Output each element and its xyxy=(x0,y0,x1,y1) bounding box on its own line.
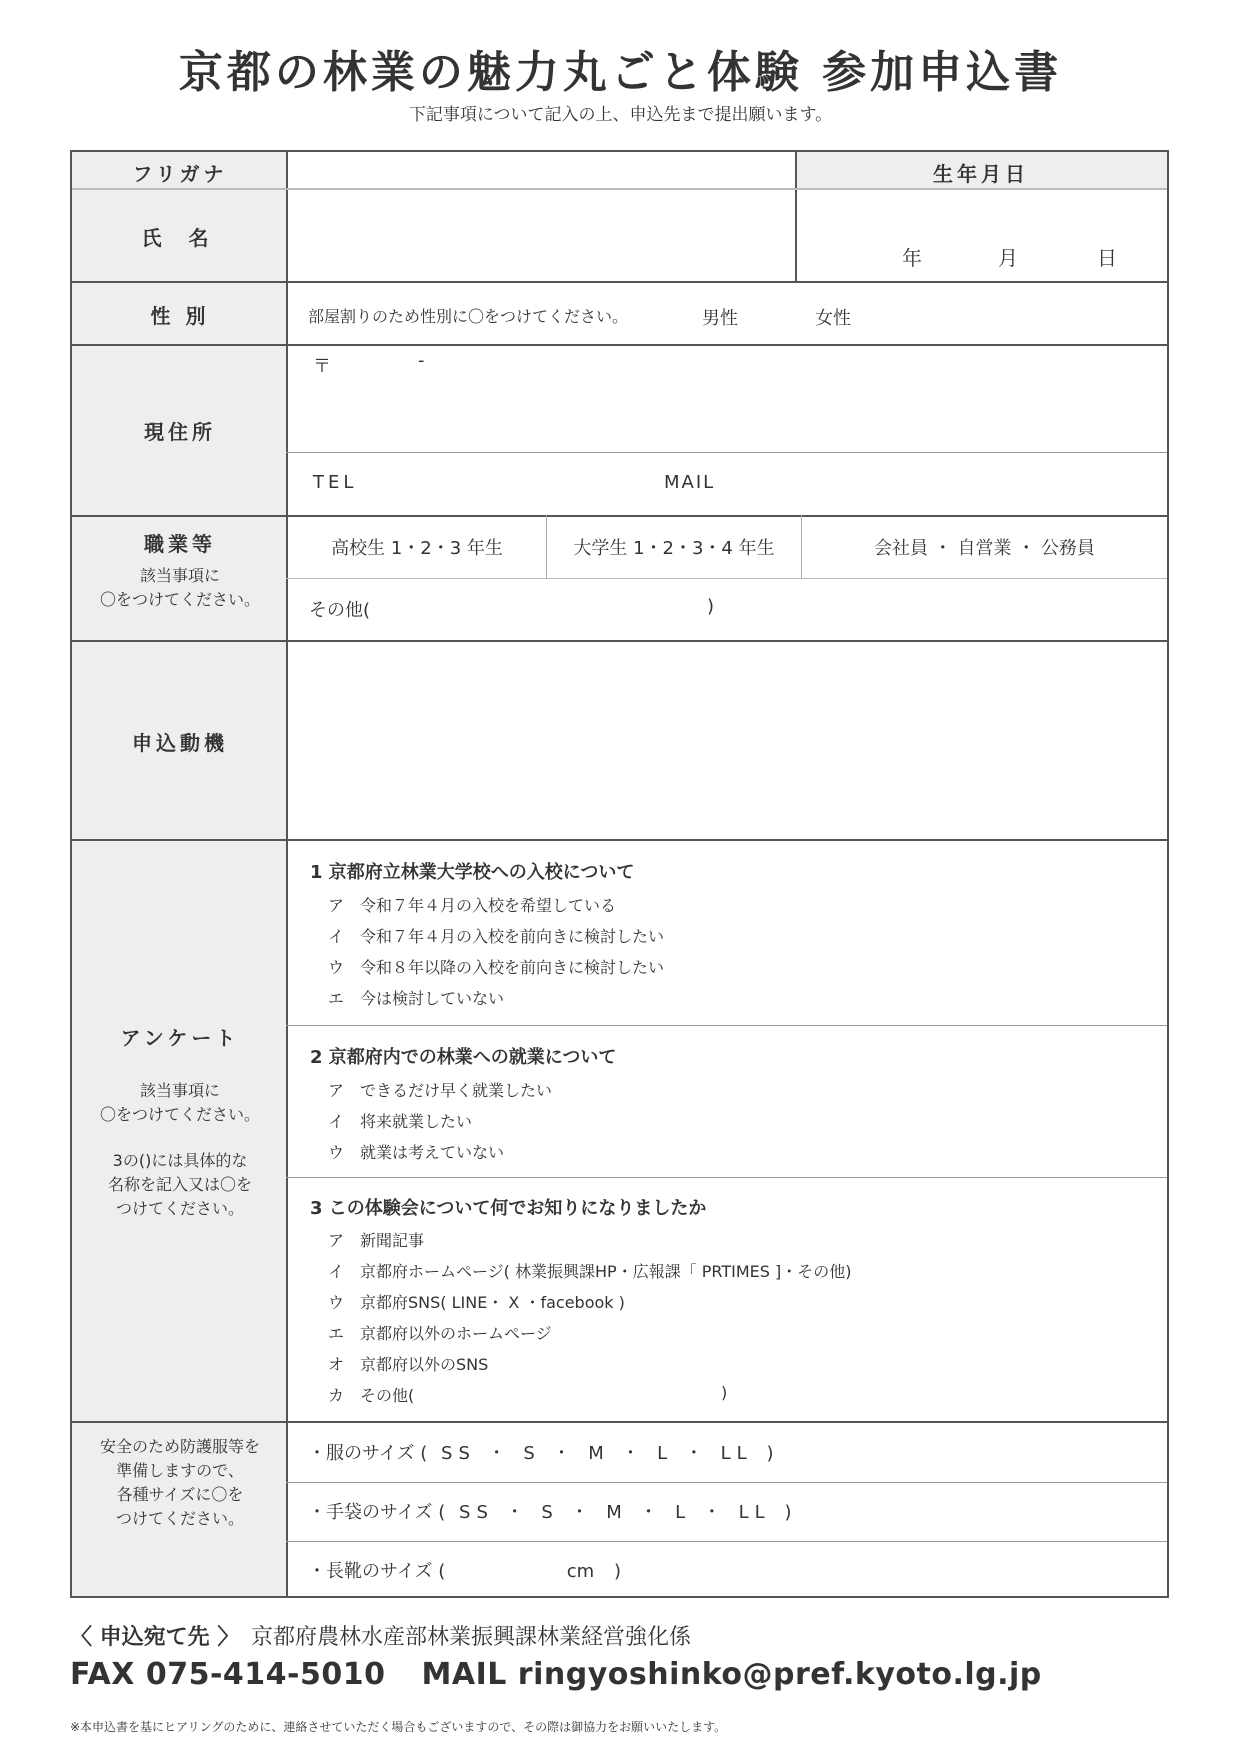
birthday-label: 生年月日 xyxy=(795,158,1167,187)
survey-note: 該当事項に 〇をつけてください。 3の()には具体的な 名称を記入又は〇を つけ… xyxy=(72,1079,288,1221)
survey-q2-option[interactable]: イ将来就業したい xyxy=(328,1109,472,1132)
clothing-size-options[interactable]: SS ・ S ・ M ・ L ・ LL xyxy=(441,1443,753,1464)
mail-input[interactable] xyxy=(732,454,1167,515)
birthday-year-label: 年 xyxy=(902,242,922,271)
furigana-label: フリガナ xyxy=(72,158,288,187)
survey-q1-option[interactable]: ウ令和８年以降の入校を前向きに検討したい xyxy=(328,955,664,978)
row-divider xyxy=(72,839,1167,841)
option-text: 就業は考えていない xyxy=(360,1143,504,1162)
option-key: ウ xyxy=(328,1140,360,1163)
tel-input[interactable] xyxy=(362,454,692,515)
survey-q3-option[interactable]: ア新聞記事 xyxy=(328,1228,424,1251)
survey-note-line: 3の()には具体的な xyxy=(72,1149,288,1173)
survey-divider xyxy=(286,1177,1167,1178)
occupation-other-label: その他( xyxy=(309,596,370,622)
survey-label: アンケート xyxy=(72,1022,288,1051)
tel-label: TEL xyxy=(313,472,357,493)
clothing-size-label: ・服のサイズ ( xyxy=(308,1443,427,1464)
option-text: 京都府以外のSNS xyxy=(360,1355,488,1374)
survey-q2-title: 2 京都府内での林業への就業について xyxy=(310,1043,616,1069)
option-key: イ xyxy=(328,1259,360,1282)
gender-instruction: 部屋割りのため性別に〇をつけてください。 xyxy=(308,304,628,327)
option-key: ア xyxy=(328,1228,360,1251)
survey-q2-option[interactable]: ウ就業は考えていない xyxy=(328,1140,504,1163)
option-key: ア xyxy=(328,893,360,916)
mail-label: MAIL xyxy=(664,472,715,493)
glove-size-row[interactable]: ・手袋のサイズ ( SS ・ S ・ M ・ L ・ LL ) xyxy=(308,1498,791,1524)
option-key: イ xyxy=(328,924,360,947)
survey-q2-option[interactable]: アできるだけ早く就業したい xyxy=(328,1078,552,1101)
survey-q1-option[interactable]: ア令和７年４月の入校を希望している xyxy=(328,893,616,916)
row-divider xyxy=(72,281,1167,283)
option-key: ウ xyxy=(328,955,360,978)
postal-dash: - xyxy=(418,350,425,371)
boots-size-label: ・長靴のサイズ ( xyxy=(308,1561,445,1582)
occupation-option-high-school[interactable]: 高校生 1・2・3 年生 xyxy=(288,534,546,560)
survey-q1-title: 1 京都府立林業大学校への入校について xyxy=(310,858,634,884)
label-column xyxy=(72,152,286,1596)
contact-email[interactable]: MAIL ringyoshinko@pref.kyoto.lg.jp xyxy=(422,1657,1042,1692)
occupation-label: 職業等 xyxy=(72,528,288,557)
option-text: できるだけ早く就業したい xyxy=(360,1081,552,1100)
occupation-divider xyxy=(286,578,1167,579)
sizes-divider xyxy=(286,1541,1167,1542)
option-text: 京都府SNS( LINE・ X ・facebook ) xyxy=(360,1293,625,1312)
option-key: エ xyxy=(328,986,360,1009)
sizes-note-line: 準備しますので、 xyxy=(72,1459,288,1483)
row-divider xyxy=(72,515,1167,517)
survey-q3-title: 3 この体験会について何でお知りになりましたか xyxy=(310,1194,706,1220)
option-key: イ xyxy=(328,1109,360,1132)
sizes-note-line: 安全のため防護服等を xyxy=(72,1435,288,1459)
address-tel-divider xyxy=(286,452,1167,453)
occupation-option-worker[interactable]: 会社員 ・ 自営業 ・ 公務員 xyxy=(802,534,1167,560)
occupation-option-university[interactable]: 大学生 1・2・3・4 年生 xyxy=(547,534,801,560)
fax-number: FAX 075-414-5010 xyxy=(70,1657,386,1692)
recipient-label: 〈 申込宛て先 〉 xyxy=(70,1625,239,1650)
option-text: 令和８年以降の入校を前向きに検討したい xyxy=(360,958,664,977)
gender-option-male[interactable]: 男性 xyxy=(702,304,738,330)
recipient-name: 京都府農林水産部林業振興課林業経営強化係 xyxy=(251,1625,691,1650)
glove-size-close: ) xyxy=(784,1502,791,1523)
application-form: フリガナ 生年月日 氏 名 年 月 日 性 別 部屋割りのため性別に〇をつけてく… xyxy=(70,150,1169,1598)
clothing-size-close: ) xyxy=(766,1443,773,1464)
option-text: 今は検討していない xyxy=(360,989,504,1008)
survey-q3-option[interactable]: ウ京都府SNS( LINE・ X ・facebook ) xyxy=(328,1290,625,1313)
survey-note-line: つけてください。 xyxy=(72,1197,288,1221)
sizes-note: 安全のため防護服等を 準備しますので、 各種サイズに〇を つけてください。 xyxy=(72,1435,288,1531)
page-subtitle: 下記事項について記入の上、申込先まで提出願います。 xyxy=(0,100,1241,125)
option-key: カ xyxy=(328,1383,360,1406)
gender-label: 性 別 xyxy=(72,300,288,329)
option-key: オ xyxy=(328,1352,360,1375)
occupation-other-input[interactable] xyxy=(392,580,772,638)
survey-q3-other-input[interactable] xyxy=(432,1378,702,1408)
boots-size-unit: cm xyxy=(567,1561,594,1582)
occupation-note-line: 〇をつけてください。 xyxy=(72,588,288,612)
option-text: 京都府ホームページ( 林業振興課HP・広報課「 PRTIMES ]・その他) xyxy=(360,1262,852,1281)
survey-q3-option[interactable]: イ京都府ホームページ( 林業振興課HP・広報課「 PRTIMES ]・その他) xyxy=(328,1259,852,1282)
option-key: ウ xyxy=(328,1290,360,1313)
occupation-note-line: 該当事項に xyxy=(72,564,288,588)
row-divider xyxy=(72,1421,1167,1423)
option-text: 令和７年４月の入校を希望している xyxy=(360,896,616,915)
option-text: 新聞記事 xyxy=(360,1231,424,1250)
survey-q1-option[interactable]: エ今は検討していない xyxy=(328,986,504,1009)
postal-mark: 〒 xyxy=(313,352,331,378)
motivation-input[interactable] xyxy=(288,642,1167,839)
birthday-month-label: 月 xyxy=(998,242,1018,271)
option-key: ア xyxy=(328,1078,360,1101)
survey-q1-option[interactable]: イ令和７年４月の入校を前向きに検討したい xyxy=(328,924,664,947)
occupation-other-close: ) xyxy=(707,596,714,617)
option-text: 将来就業したい xyxy=(360,1112,472,1131)
clothing-size-row[interactable]: ・服のサイズ ( SS ・ S ・ M ・ L ・ LL ) xyxy=(308,1439,773,1465)
contact-line: FAX 075-414-5010MAIL ringyoshinko@pref.k… xyxy=(70,1657,1042,1692)
sizes-note-line: 各種サイズに〇を xyxy=(72,1483,288,1507)
survey-note-line: 名称を記入又は〇を xyxy=(72,1173,288,1197)
page-title: 京都の林業の魅力丸ごと体験 参加申込書 xyxy=(0,36,1241,100)
recipient-line: 〈 申込宛て先 〉 京都府農林水産部林業振興課林業経営強化係 xyxy=(70,1620,691,1651)
gender-option-female[interactable]: 女性 xyxy=(815,304,851,330)
footer-note: ※本申込書を基にヒアリングのために、連絡させていただく場合もございますので、その… xyxy=(70,1718,726,1735)
address-label: 現住所 xyxy=(72,416,288,445)
motivation-label: 申込動機 xyxy=(72,727,288,756)
survey-note-line: 〇をつけてください。 xyxy=(72,1103,288,1127)
option-text: 京都府以外のホームページ xyxy=(360,1324,552,1343)
name-input[interactable] xyxy=(288,190,793,281)
boots-size-row[interactable]: ・長靴のサイズ ( cm ) xyxy=(308,1557,621,1583)
survey-q3-option[interactable]: オ京都府以外のSNS xyxy=(328,1352,488,1375)
occupation-note: 該当事項に 〇をつけてください。 xyxy=(72,564,288,612)
survey-q3-option-other[interactable]: カその他( xyxy=(328,1383,414,1406)
sizes-note-line: つけてください。 xyxy=(72,1507,288,1531)
boots-size-close: ) xyxy=(614,1561,621,1582)
option-text: その他( xyxy=(360,1386,414,1405)
sizes-divider xyxy=(286,1482,1167,1483)
survey-divider xyxy=(286,1025,1167,1026)
glove-size-label: ・手袋のサイズ ( xyxy=(308,1502,445,1523)
survey-q3-option[interactable]: エ京都府以外のホームページ xyxy=(328,1321,552,1344)
birthday-day-label: 日 xyxy=(1097,242,1117,271)
survey-note-line: 該当事項に xyxy=(72,1079,288,1103)
furigana-input[interactable] xyxy=(288,152,793,188)
option-text: 令和７年４月の入校を前向きに検討したい xyxy=(360,927,664,946)
survey-q3-other-close: ) xyxy=(721,1383,727,1402)
glove-size-options[interactable]: SS ・ S ・ M ・ L ・ LL xyxy=(459,1502,771,1523)
option-key: エ xyxy=(328,1321,360,1344)
name-label: 氏 名 xyxy=(72,222,288,251)
